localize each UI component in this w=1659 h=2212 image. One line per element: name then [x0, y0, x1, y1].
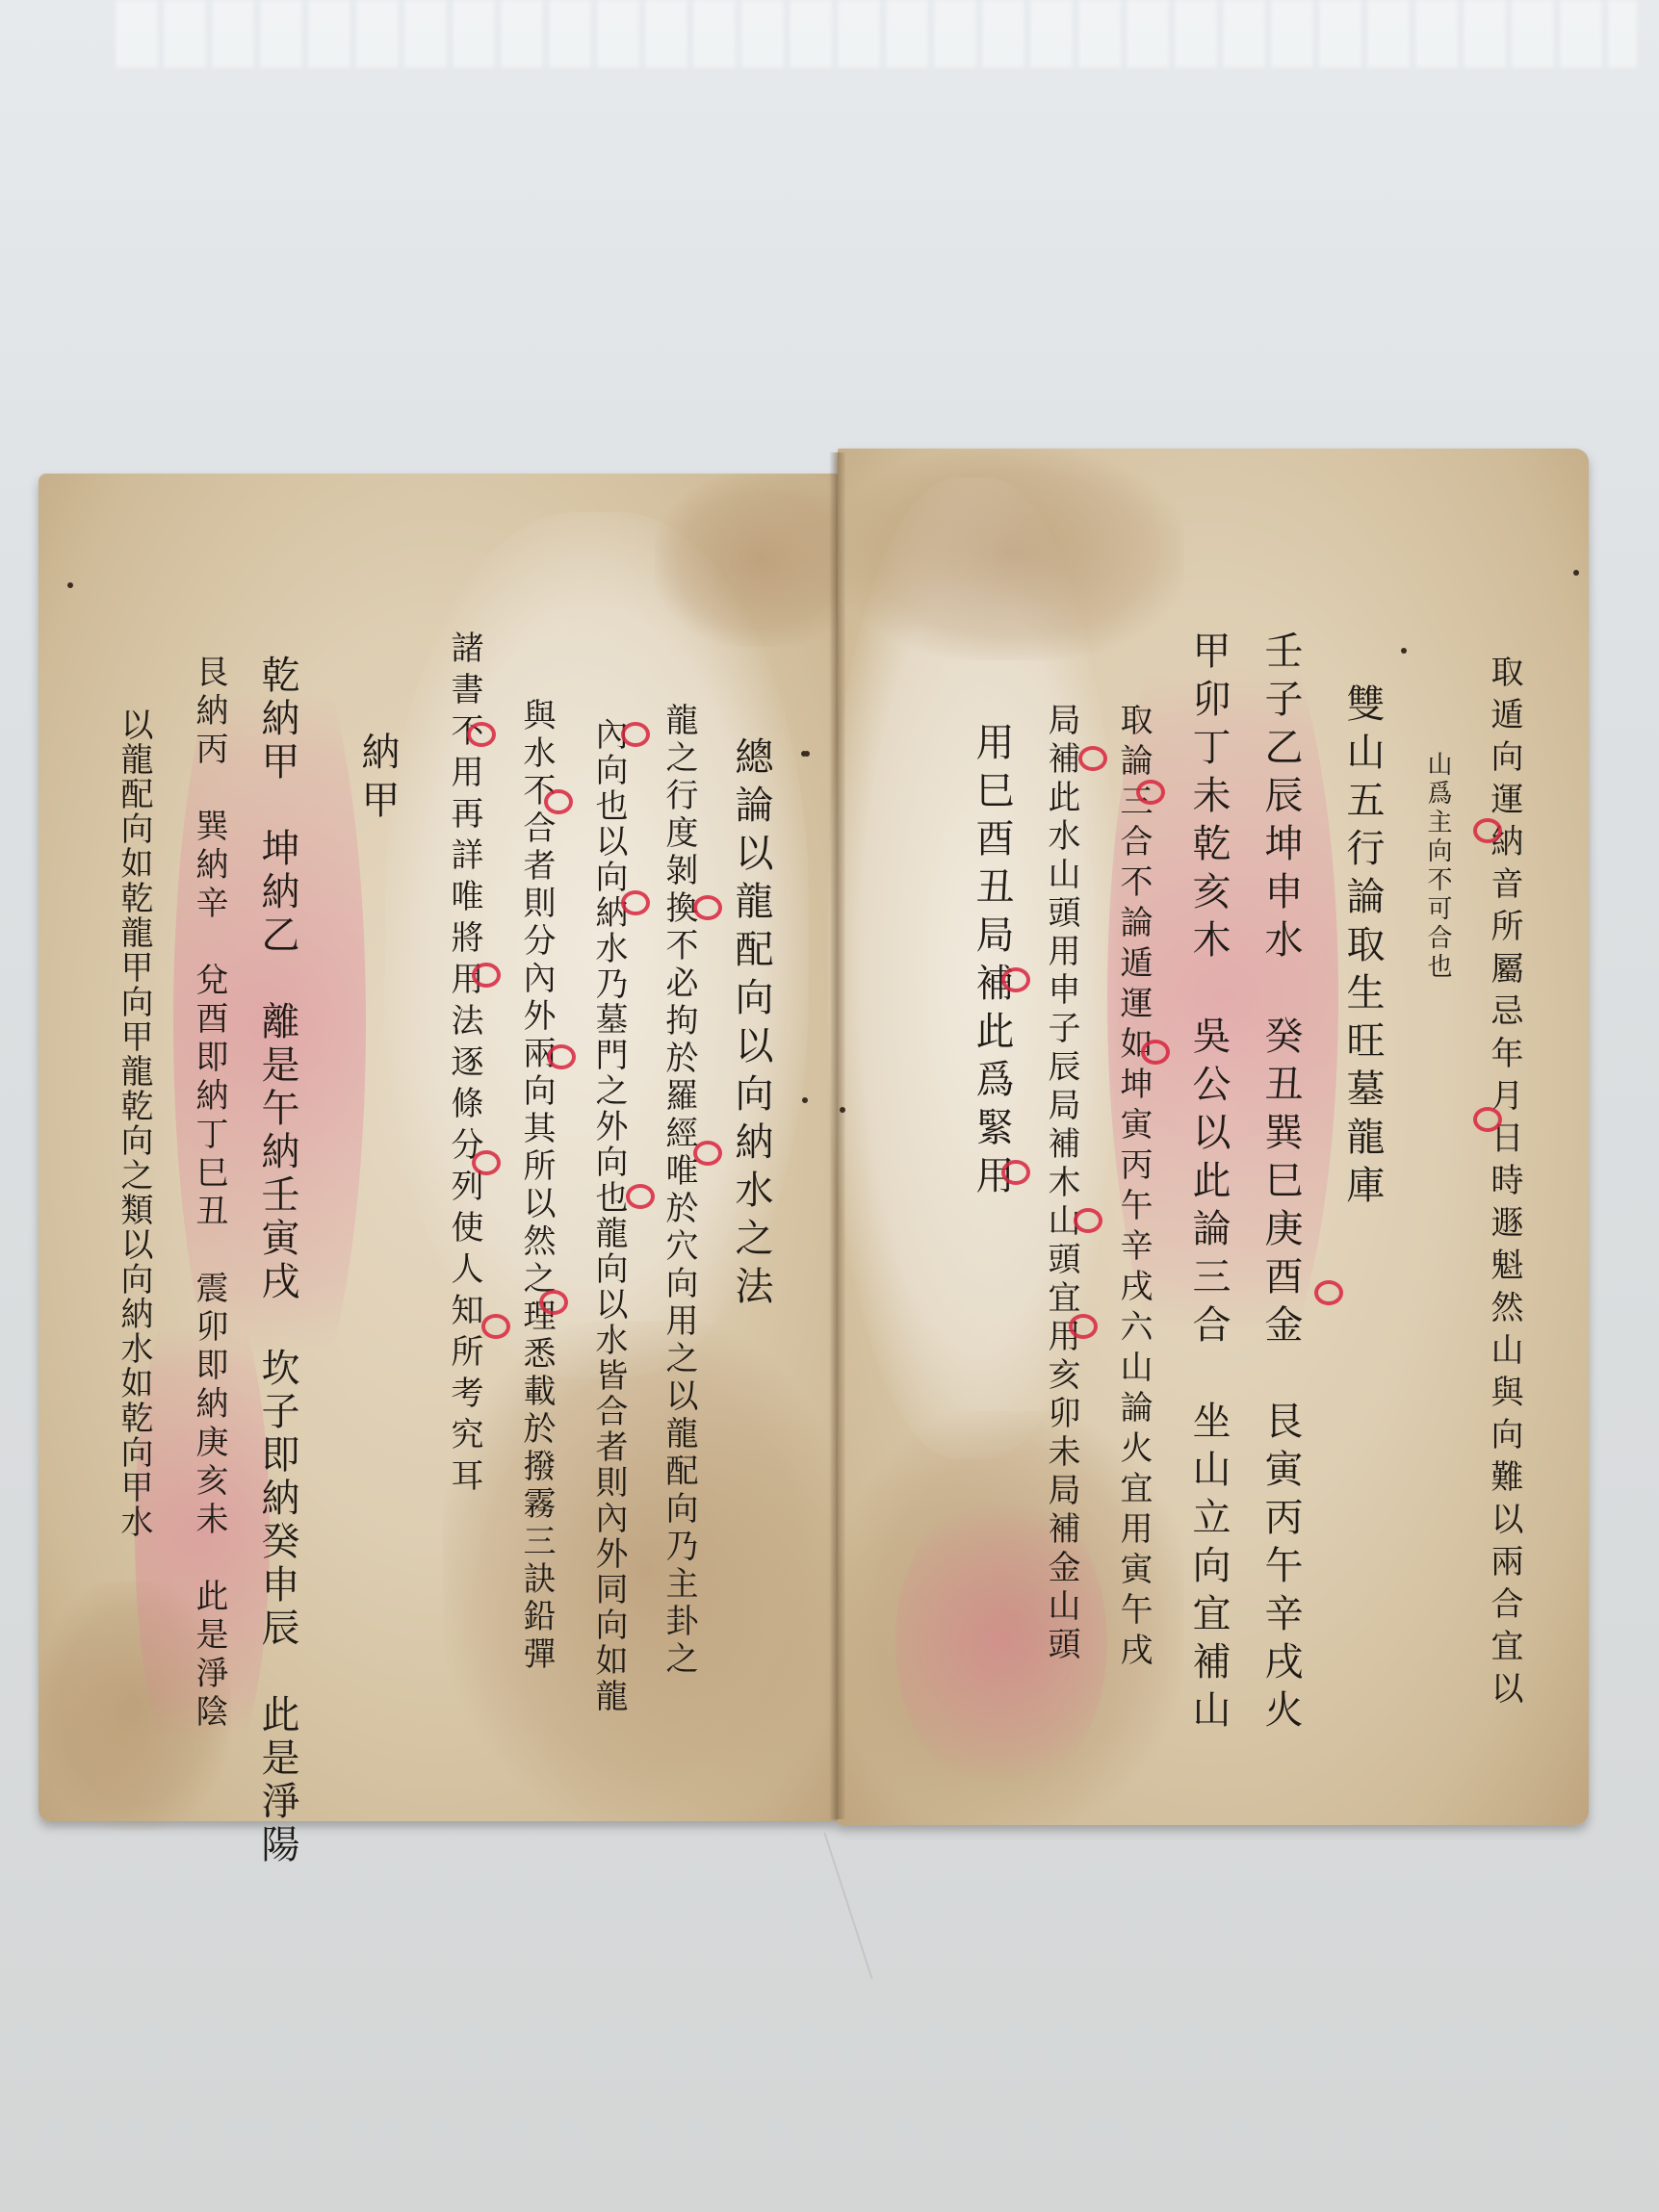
text-column: 局補此水山頭用申子辰局補木山頭宜用亥卯未局補金山頭	[1045, 703, 1077, 1665]
text-column: 以龍配向如乾龍甲向甲龍乾向之類以向納水如乾向甲水	[117, 707, 150, 1539]
brown-stain	[443, 1321, 847, 1821]
section-heading: 總論以龍配向以向納水之法	[732, 736, 770, 1314]
text-column: 壬子乙辰坤申水 癸丑巽巳庚酉金 艮寅丙午辛戌火	[1261, 630, 1300, 1737]
worm-hole	[802, 1097, 808, 1103]
worm-hole	[801, 751, 807, 757]
worm-hole	[1401, 648, 1407, 654]
text-column: 甲卯丁未乾亥木 吳公以此論三合 坐山立向宜補山	[1189, 630, 1228, 1737]
red-circle-mark	[481, 1314, 510, 1339]
text-column: 龍之行度剝換不必拘於羅經唯於穴向用之以龍配向乃主卦之	[662, 703, 695, 1679]
red-circle-mark	[1473, 818, 1502, 843]
red-circle-mark	[693, 1141, 722, 1166]
book-spine	[830, 452, 845, 1819]
section-heading: 納甲	[358, 732, 397, 828]
red-circle-mark	[1314, 1280, 1343, 1305]
red-circle-mark	[467, 722, 496, 747]
red-circle-mark	[1074, 1208, 1102, 1233]
text-column: 諸書不用再詳唯將用法逐條分列使人知所考究耳	[448, 630, 480, 1500]
red-circle-mark	[1078, 746, 1107, 771]
red-circle-mark	[621, 890, 650, 915]
text-column: 取論三合不論遁運如坤寅丙午辛戌六山論火宜用寅午戌	[1117, 703, 1150, 1673]
text-column: 艮納丙 巽納辛 兌酉即納丁巳丑 震卯即納庚亥未 此是淨陰	[193, 655, 225, 1733]
red-circle-mark	[472, 963, 501, 988]
text-column: 乾納甲 坤納乙 離是午納壬寅戌 坎子即納癸申辰 此是淨陽	[258, 655, 297, 1867]
text-column: 雙山五行論取生旺墓龍庫	[1343, 683, 1382, 1213]
worm-hole	[840, 1107, 845, 1113]
red-circle-mark	[547, 1044, 576, 1069]
worm-hole	[1573, 570, 1579, 576]
text-column: 內向也以向納水乃墓門之外向也龍向以水皆合者則內外同向如龍	[592, 717, 625, 1714]
text-column: 山爲主向不可合也	[1425, 751, 1450, 982]
text-column: 取遁向運納音所屬忌年月日時遯魁然山與向難以兩合宜以	[1488, 655, 1520, 1713]
red-circle-mark	[1136, 780, 1165, 805]
red-circle-mark	[1001, 967, 1030, 992]
red-circle-mark	[1069, 1314, 1098, 1339]
text-column: 與水不合者則分內外兩向其所以然之理悉載於撥霧三訣鉛彈	[520, 698, 553, 1674]
red-circle-mark	[1473, 1107, 1502, 1132]
red-circle-mark	[1001, 1160, 1030, 1185]
red-circle-mark	[539, 1290, 568, 1315]
table-scratch	[823, 1833, 872, 1980]
text-column: 用巳酉丑局補此爲緊用	[972, 722, 1011, 1203]
worm-hole	[67, 582, 73, 588]
brown-stain	[838, 449, 1184, 660]
red-circle-mark	[693, 895, 722, 920]
red-circle-mark	[472, 1150, 501, 1175]
red-circle-mark	[544, 789, 573, 814]
red-circle-mark	[626, 1184, 655, 1209]
red-circle-mark	[621, 722, 650, 747]
red-circle-mark	[1141, 1040, 1170, 1065]
window-reflection	[116, 0, 1637, 67]
